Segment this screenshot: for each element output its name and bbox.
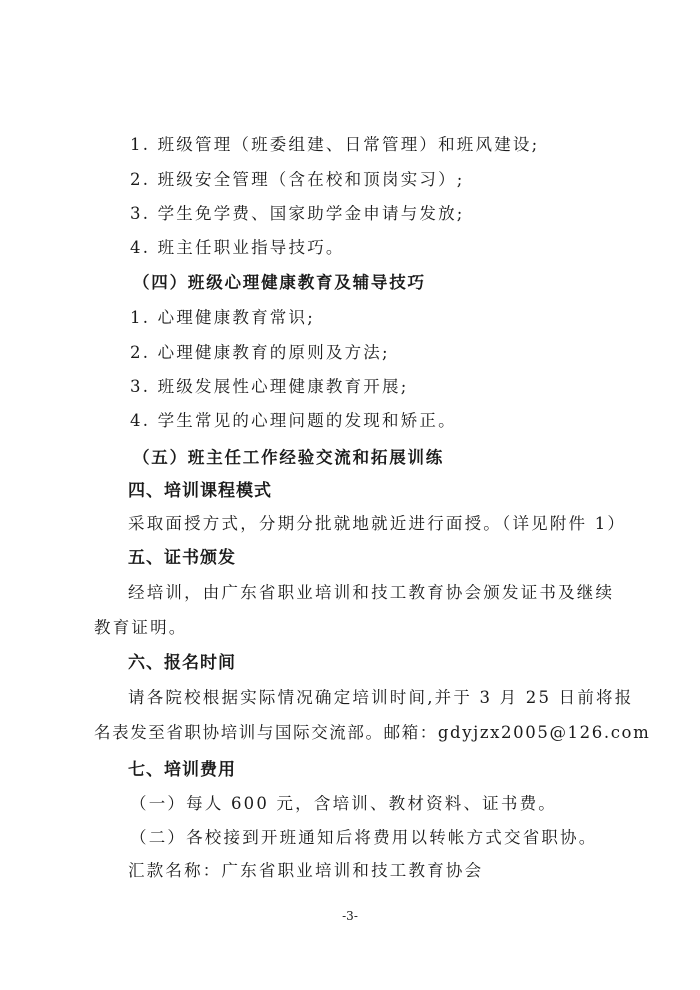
paragraph: 汇款名称：广东省职业培训和技工教育协会 (128, 861, 483, 881)
paragraph: 经培训，由广东省职业培训和技工教育协会颁发证书及继续 (128, 583, 614, 603)
list-item: 2. 班级安全管理（含在校和顶岗实习）; (130, 170, 465, 190)
section-heading: 六、报名时间 (128, 653, 236, 673)
list-item: （二）各校接到开班通知后将费用以转帐方式交省职协。 (130, 828, 598, 848)
list-item: （一）每人 600 元，含培训、教材资料、证书费。 (130, 794, 557, 814)
list-item: 3. 班级发展性心理健康教育开展; (130, 377, 408, 397)
subsection-heading: （五）班主任工作经验交流和拓展训练 (133, 448, 444, 468)
subsection-heading: （四）班级心理健康教育及辅导技巧 (133, 273, 426, 293)
list-item: 2. 心理健康教育的原则及方法; (130, 343, 390, 363)
paragraph-continuation: 名表发至省职协培训与国际交流部。邮箱：gdyjzx2005@126.com (94, 723, 650, 743)
page-number: -3- (0, 906, 700, 926)
list-item: 1. 心理健康教育常识; (130, 308, 315, 328)
paragraph: 采取面授方式，分期分批就地就近进行面授。（详见附件 1） (128, 514, 626, 534)
paragraph-continuation: 教育证明。 (94, 618, 188, 638)
section-heading: 四、培训课程模式 (128, 481, 272, 501)
section-heading: 七、培训费用 (128, 760, 236, 780)
section-heading: 五、证书颁发 (128, 548, 236, 568)
paragraph: 请各院校根据实际情况确定培训时间,并于 3 月 25 日前将报 (128, 688, 633, 708)
list-item: 4. 学生常见的心理问题的发现和矫正。 (130, 411, 457, 431)
list-item: 1. 班级管理（班委组建、日常管理）和班风建设; (130, 135, 539, 155)
list-item: 3. 学生免学费、国家助学金申请与发放; (130, 204, 465, 224)
list-item: 4. 班主任职业指导技巧。 (130, 238, 345, 258)
